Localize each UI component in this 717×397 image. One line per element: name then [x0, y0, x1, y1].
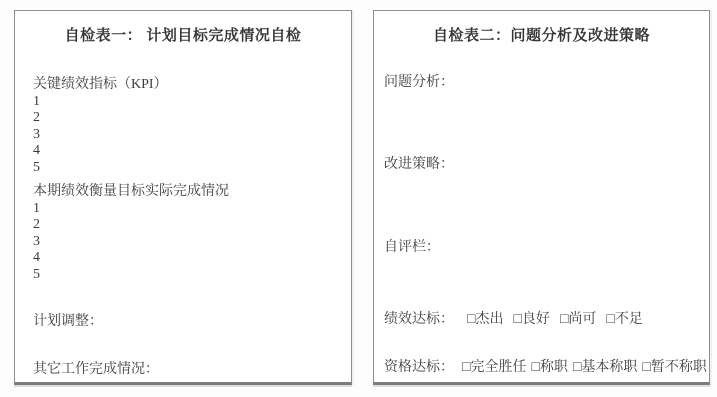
- checkbox-option-outstanding: □杰出: [467, 312, 503, 327]
- improvement-strategy-label: 改进策略：: [384, 157, 701, 174]
- checkbox-option-fully-competent: □完全胜任: [462, 360, 526, 375]
- kpi-item-5: 5: [33, 160, 343, 177]
- checkbox-option-not-yet-competent: □暂不称职: [642, 360, 706, 375]
- form2-title: 自检表二：问题分析及改进策略: [374, 24, 709, 45]
- checkbox-option-fair: □尚可: [560, 312, 596, 327]
- kpi-label: 关键绩效指标（KPI）: [33, 77, 343, 94]
- plan-adjustment-label: 计划调整：: [33, 314, 343, 331]
- checkbox-option-good: □良好: [513, 312, 549, 327]
- other-work-label: 其它工作完成情况：: [33, 362, 343, 379]
- kpi-item-3: 3: [33, 127, 343, 144]
- checkbox-option-insufficient: □不足: [606, 312, 642, 327]
- self-evaluation-label: 自评栏：: [384, 240, 701, 257]
- kpi-item-4: 4: [33, 143, 343, 160]
- performance-rating-label: 绩效达标：: [384, 312, 454, 327]
- checkbox-option-basically-competent: □基本称职: [573, 360, 637, 375]
- form1-title: 自检表一： 计划目标完成情况自检: [15, 24, 351, 45]
- checkbox-option-competent: □称职: [531, 360, 567, 375]
- performance-rating-row: 绩效达标：□杰出□良好□尚可□不足: [384, 312, 701, 329]
- problem-analysis-label: 问题分析：: [384, 75, 701, 92]
- kpi-item-1: 1: [33, 94, 343, 111]
- self-check-form-2: 自检表二：问题分析及改进策略 问题分析： 改进策略： 自评栏： 绩效达标：□杰出…: [373, 10, 710, 385]
- actual-item-1: 1: [33, 201, 343, 218]
- kpi-item-2: 2: [33, 110, 343, 127]
- actual-item-3: 3: [33, 234, 343, 251]
- actual-completion-label: 本期绩效衡量目标实际完成情况: [33, 184, 343, 201]
- qualification-rating-row: 资格达标：□完全胜任□称职□基本称职□暂不称职: [384, 360, 701, 377]
- qualification-rating-label: 资格达标：: [384, 360, 454, 375]
- actual-item-2: 2: [33, 217, 343, 234]
- actual-item-5: 5: [33, 267, 343, 284]
- kpi-section: 关键绩效指标（KPI） 1 2 3 4 5: [33, 77, 343, 176]
- self-check-form-1: 自检表一： 计划目标完成情况自检 关键绩效指标（KPI） 1 2 3 4 5 本…: [14, 10, 352, 385]
- actual-completion-section: 本期绩效衡量目标实际完成情况 1 2 3 4 5: [33, 184, 343, 283]
- actual-item-4: 4: [33, 250, 343, 267]
